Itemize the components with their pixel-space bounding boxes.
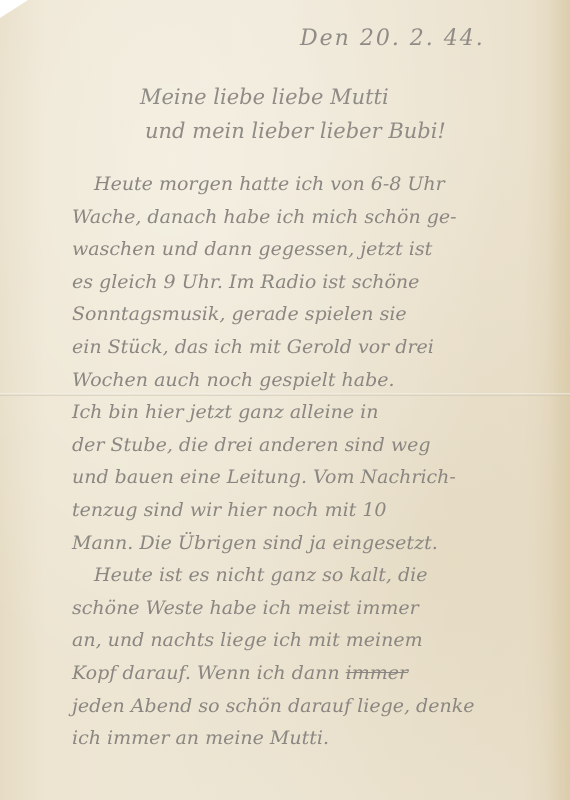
body-line: Sonntagsmusik, gerade spielen sie	[72, 298, 552, 331]
body-line: tenzug sind wir hier noch mit 10	[72, 494, 552, 527]
struck-word: immer	[346, 662, 408, 684]
salutation-line-1: Meine liebe liebe Mutti	[140, 80, 540, 114]
letter-body: Heute morgen hatte ich von 6-8 Uhr Wache…	[72, 168, 552, 755]
body-line: waschen und dann gegessen, jetzt ist	[72, 233, 552, 266]
body-line: jeden Abend so schön darauf liege, denke	[72, 690, 552, 723]
body-line: an, und nachts liege ich mit meinem	[72, 624, 552, 657]
salutation: Meine liebe liebe Mutti und mein lieber …	[140, 80, 540, 148]
body-line: ich immer an meine Mutti.	[72, 722, 552, 755]
body-line: Mann. Die Übrigen sind ja eingesetzt.	[72, 527, 552, 560]
letter-date: Den 20. 2. 44.	[300, 26, 485, 51]
body-line: schöne Weste habe ich meist immer	[72, 592, 552, 625]
body-line: Heute ist es nicht ganz so kalt, die	[72, 559, 552, 592]
body-line: und bauen eine Leitung. Vom Nachrich-	[72, 461, 552, 494]
body-line: es gleich 9 Uhr. Im Radio ist schöne	[72, 266, 552, 299]
body-line: der Stube, die drei anderen sind weg	[72, 429, 552, 462]
body-line: ein Stück, das ich mit Gerold vor drei	[72, 331, 552, 364]
body-line: Wache, danach habe ich mich schön ge-	[72, 201, 552, 234]
body-line-text: Kopf darauf. Wenn ich dann	[72, 662, 340, 684]
body-line-with-strikethrough: Kopf darauf. Wenn ich dann immer	[72, 657, 552, 690]
torn-corner	[0, 0, 28, 18]
body-line: Heute morgen hatte ich von 6-8 Uhr	[72, 168, 552, 201]
letter-page: Den 20. 2. 44. Meine liebe liebe Mutti u…	[0, 0, 570, 800]
body-line: Ich bin hier jetzt ganz alleine in	[72, 396, 552, 429]
body-line: Wochen auch noch gespielt habe.	[72, 364, 552, 397]
salutation-line-2: und mein lieber lieber Bubi!	[140, 114, 540, 148]
